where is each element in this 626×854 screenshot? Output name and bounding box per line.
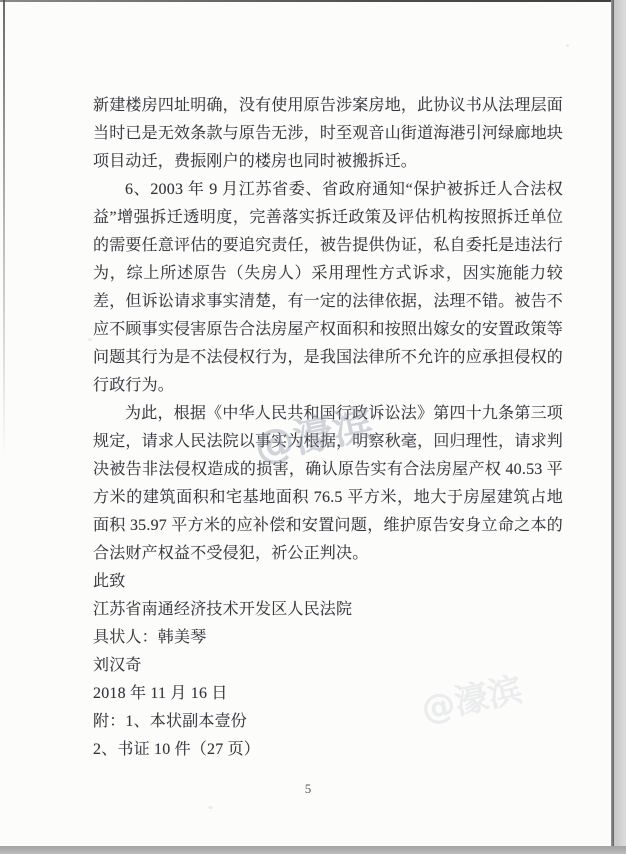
document-body: 新建楼房四址明确，没有使用原告涉案房地，此协议书从法理层面当时已是无效条款与原告… <box>93 92 563 764</box>
date-line: 2018 年 11 月 16 日 <box>93 680 563 708</box>
scan-margin-right <box>614 0 626 854</box>
scan-speck <box>566 44 569 47</box>
page-number: 5 <box>298 781 318 797</box>
attachment-line-1: 附：1、本状副本壹份 <box>93 708 563 736</box>
body-paragraph: 6、2003 年 9 月江苏省委、省政府通知“保护被拆迁人合法权益”增强拆迁透明… <box>93 176 563 400</box>
attachment-line-2: 2、书证 10 件（27 页） <box>93 736 563 764</box>
scan-edge-left <box>3 0 5 460</box>
scan-speck <box>88 338 92 341</box>
scan-margin-bottom <box>0 846 626 854</box>
petitioner-signature-2: 刘汉奇 <box>93 652 563 680</box>
scan-edge-top <box>0 0 616 2</box>
closing-salutation: 此致 <box>93 568 563 596</box>
body-paragraph: 新建楼房四址明确，没有使用原告涉案房地，此协议书从法理层面当时已是无效条款与原告… <box>93 92 563 176</box>
scan-speck <box>208 806 213 809</box>
petitioner-signature: 具状人：韩美琴 <box>93 624 563 652</box>
scanned-document-page: 新建楼房四址明确，没有使用原告涉案房地，此协议书从法理层面当时已是无效条款与原告… <box>0 0 626 854</box>
body-paragraph: 为此，根据《中华人民共和国行政诉讼法》第四十九条第三项规定，请求人民法院以事实为… <box>93 400 563 568</box>
court-name: 江苏省南通经济技术开发区人民法院 <box>93 596 563 624</box>
